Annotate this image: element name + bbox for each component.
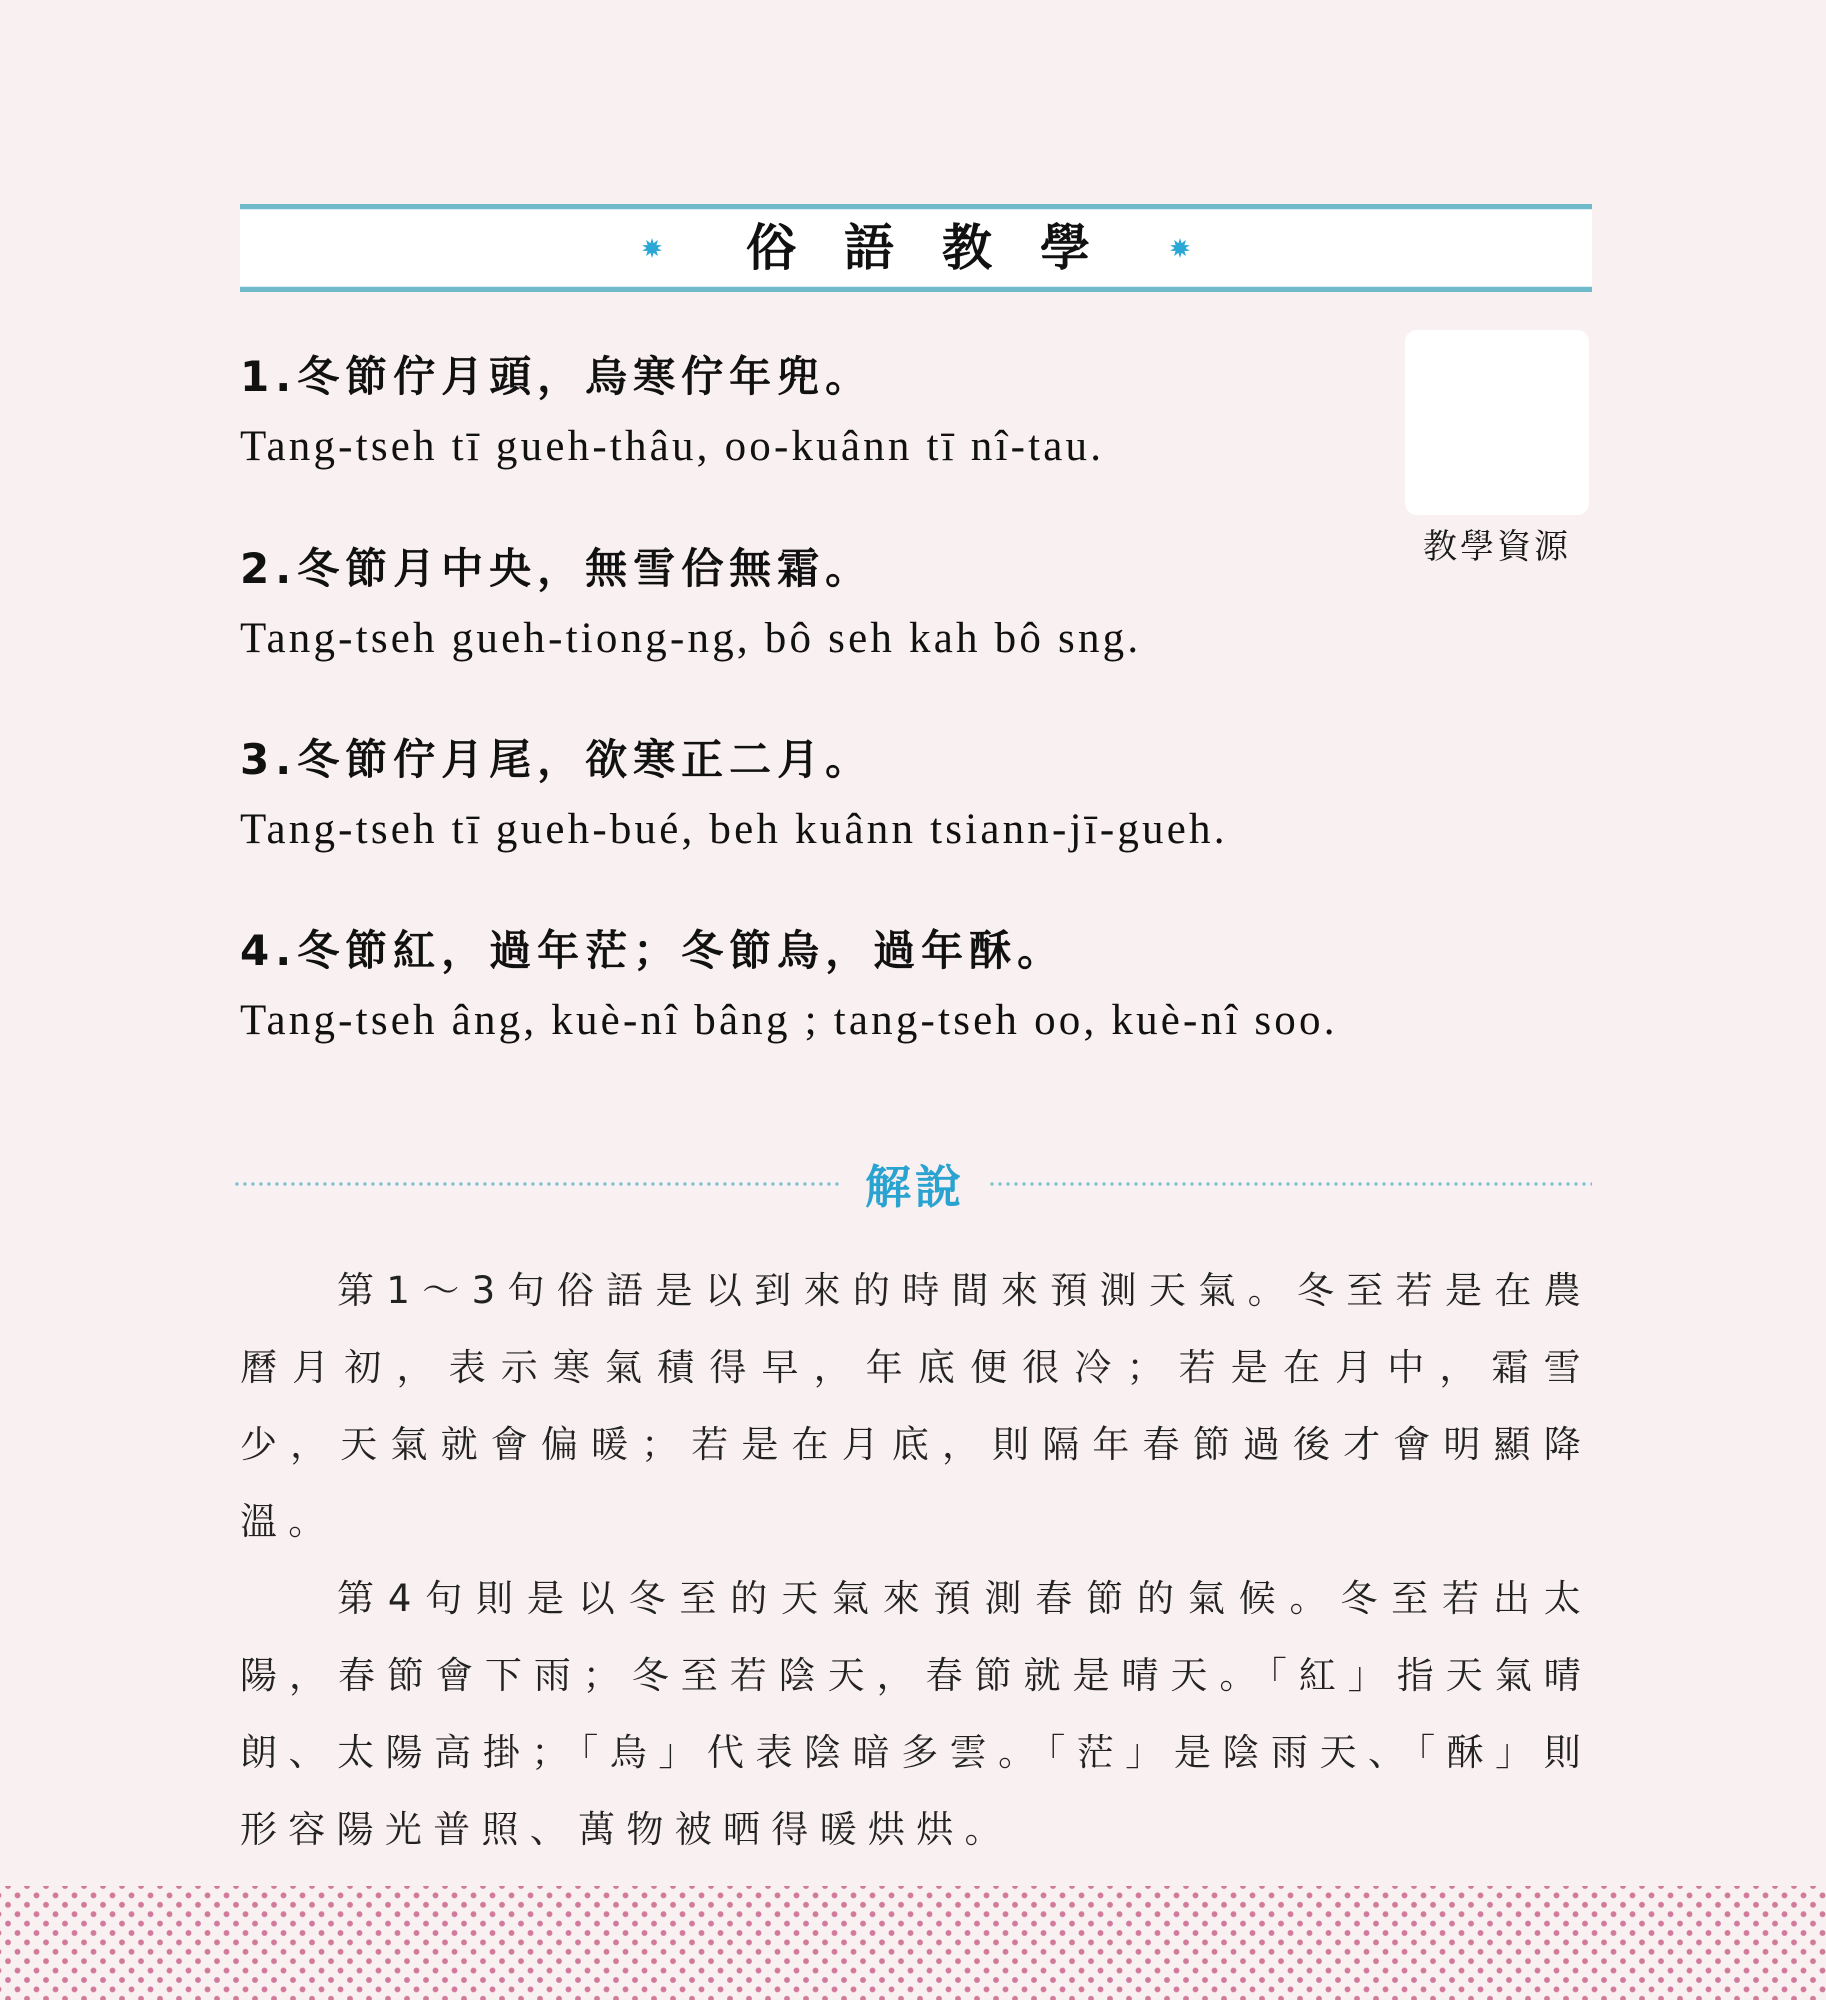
proverb-romanization: Tang-tseh tī gueh-bué, beh kuânn tsiann-… xyxy=(240,805,1440,855)
star-burst-icon xyxy=(1170,238,1190,258)
proverb-han-text: 4.冬節紅，過年茫；冬節烏，過年酥。 xyxy=(240,926,1440,976)
explanation-paragraph: 第4句則是以冬至的天氣來預測春節的氣候。冬至若出太陽，春節會下雨；冬至若陰天，春… xyxy=(240,1560,1592,1868)
proverb-item: 2.冬節月中央，無雪佮無霜。 Tang-tseh gueh-tiong-ng, … xyxy=(240,544,1440,664)
section-header: 俗語教學 xyxy=(240,204,1592,292)
proverb-item: 3.冬節佇月尾，欲寒正二月。 Tang-tseh tī gueh-bué, be… xyxy=(240,735,1440,855)
star-burst-icon xyxy=(642,238,662,258)
proverb-romanization: Tang-tseh tī gueh-thâu, oo-kuânn tī nî-t… xyxy=(240,422,1440,472)
explanation-paragraph: 第1～3句俗語是以到來的時間來預測天氣。冬至若是在農曆月初，表示寒氣積得早，年底… xyxy=(240,1252,1592,1560)
proverb-han-text: 1.冬節佇月頭，烏寒佇年兜。 xyxy=(240,352,1440,402)
dotted-line-right xyxy=(988,1182,1592,1186)
proverb-romanization: Tang-tseh âng, kuè-nî bâng ; tang-tseh o… xyxy=(240,996,1440,1046)
explanation-title: 解說 xyxy=(865,1160,965,1214)
header-content: 俗語教學 xyxy=(240,209,1592,287)
explanation-body: 第1～3句俗語是以到來的時間來預測天氣。冬至若是在農曆月初，表示寒氣積得早，年底… xyxy=(240,1252,1592,1868)
proverb-han-text: 2.冬節月中央，無雪佮無霜。 xyxy=(240,544,1440,594)
proverb-romanization: Tang-tseh gueh-tiong-ng, bô seh kah bô s… xyxy=(240,614,1440,664)
decorative-dot-pattern xyxy=(0,1886,1826,2000)
proverb-han-text: 3.冬節佇月尾，欲寒正二月。 xyxy=(240,735,1440,785)
page-title: 俗語教學 xyxy=(746,223,1138,273)
dotted-line-left xyxy=(233,1182,840,1186)
proverb-item: 4.冬節紅，過年茫；冬節烏，過年酥。 Tang-tseh âng, kuè-nî… xyxy=(240,926,1440,1046)
proverb-item: 1.冬節佇月頭，烏寒佇年兜。 Tang-tseh tī gueh-thâu, o… xyxy=(240,352,1440,472)
explanation-divider: 解說 xyxy=(233,1160,1592,1214)
